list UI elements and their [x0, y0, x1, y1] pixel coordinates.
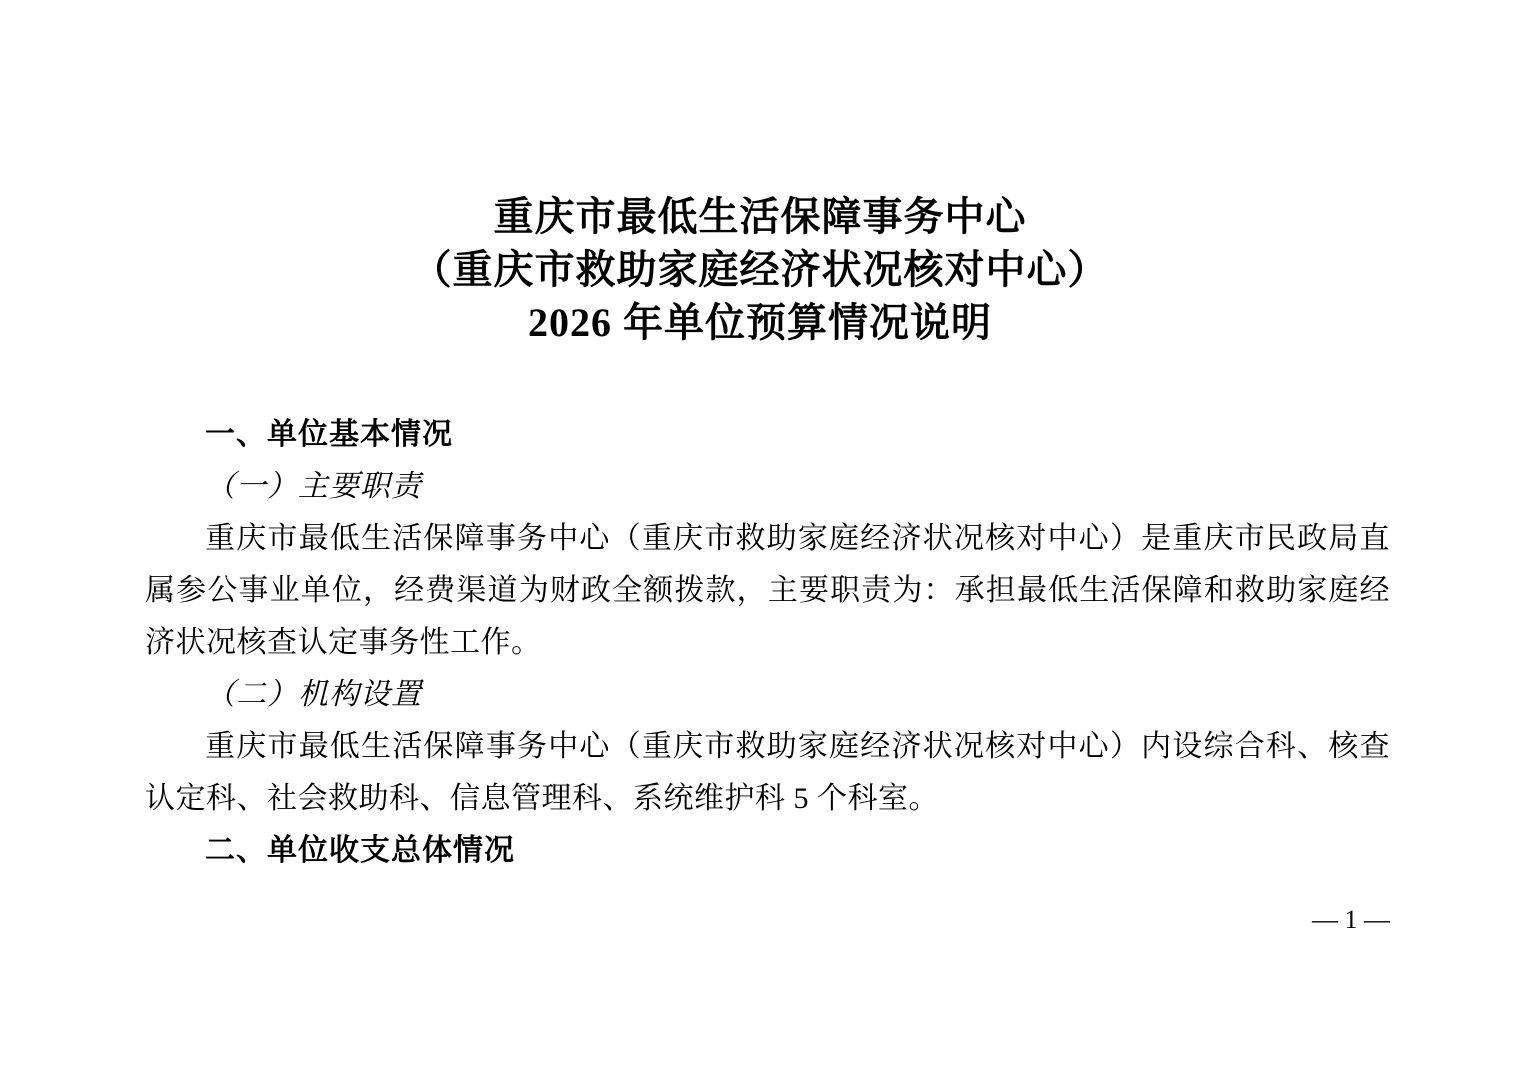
- title-line-1: 重庆市最低生活保障事务中心: [0, 190, 1520, 243]
- page-number: — 1 —: [1312, 905, 1390, 935]
- paragraph-org-setup: 重庆市最低生活保障事务中心（重庆市救助家庭经济状况核对中心）内设综合科、核查认定…: [145, 721, 1390, 825]
- title-line-3: 2026 年单位预算情况说明: [0, 296, 1520, 349]
- paragraph-main-duties: 重庆市最低生活保障事务中心（重庆市救助家庭经济状况核对中心）是重庆市民政局直属参…: [145, 513, 1390, 669]
- subsection-heading-org-setup: （二）机构设置: [145, 669, 1390, 721]
- section-heading-basic-info: 一、单位基本情况: [145, 409, 1390, 461]
- document-page: 重庆市最低生活保障事务中心 （重庆市救助家庭经济状况核对中心） 2026 年单位…: [0, 0, 1520, 1074]
- title-line-2: （重庆市救助家庭经济状况核对中心）: [0, 243, 1520, 296]
- subsection-heading-main-duties: （一）主要职责: [145, 461, 1390, 513]
- document-title: 重庆市最低生活保障事务中心 （重庆市救助家庭经济状况核对中心） 2026 年单位…: [0, 0, 1520, 349]
- document-body: 一、单位基本情况 （一）主要职责 重庆市最低生活保障事务中心（重庆市救助家庭经济…: [145, 409, 1390, 877]
- section-heading-revenue-expenditure: 二、单位收支总体情况: [145, 825, 1390, 877]
